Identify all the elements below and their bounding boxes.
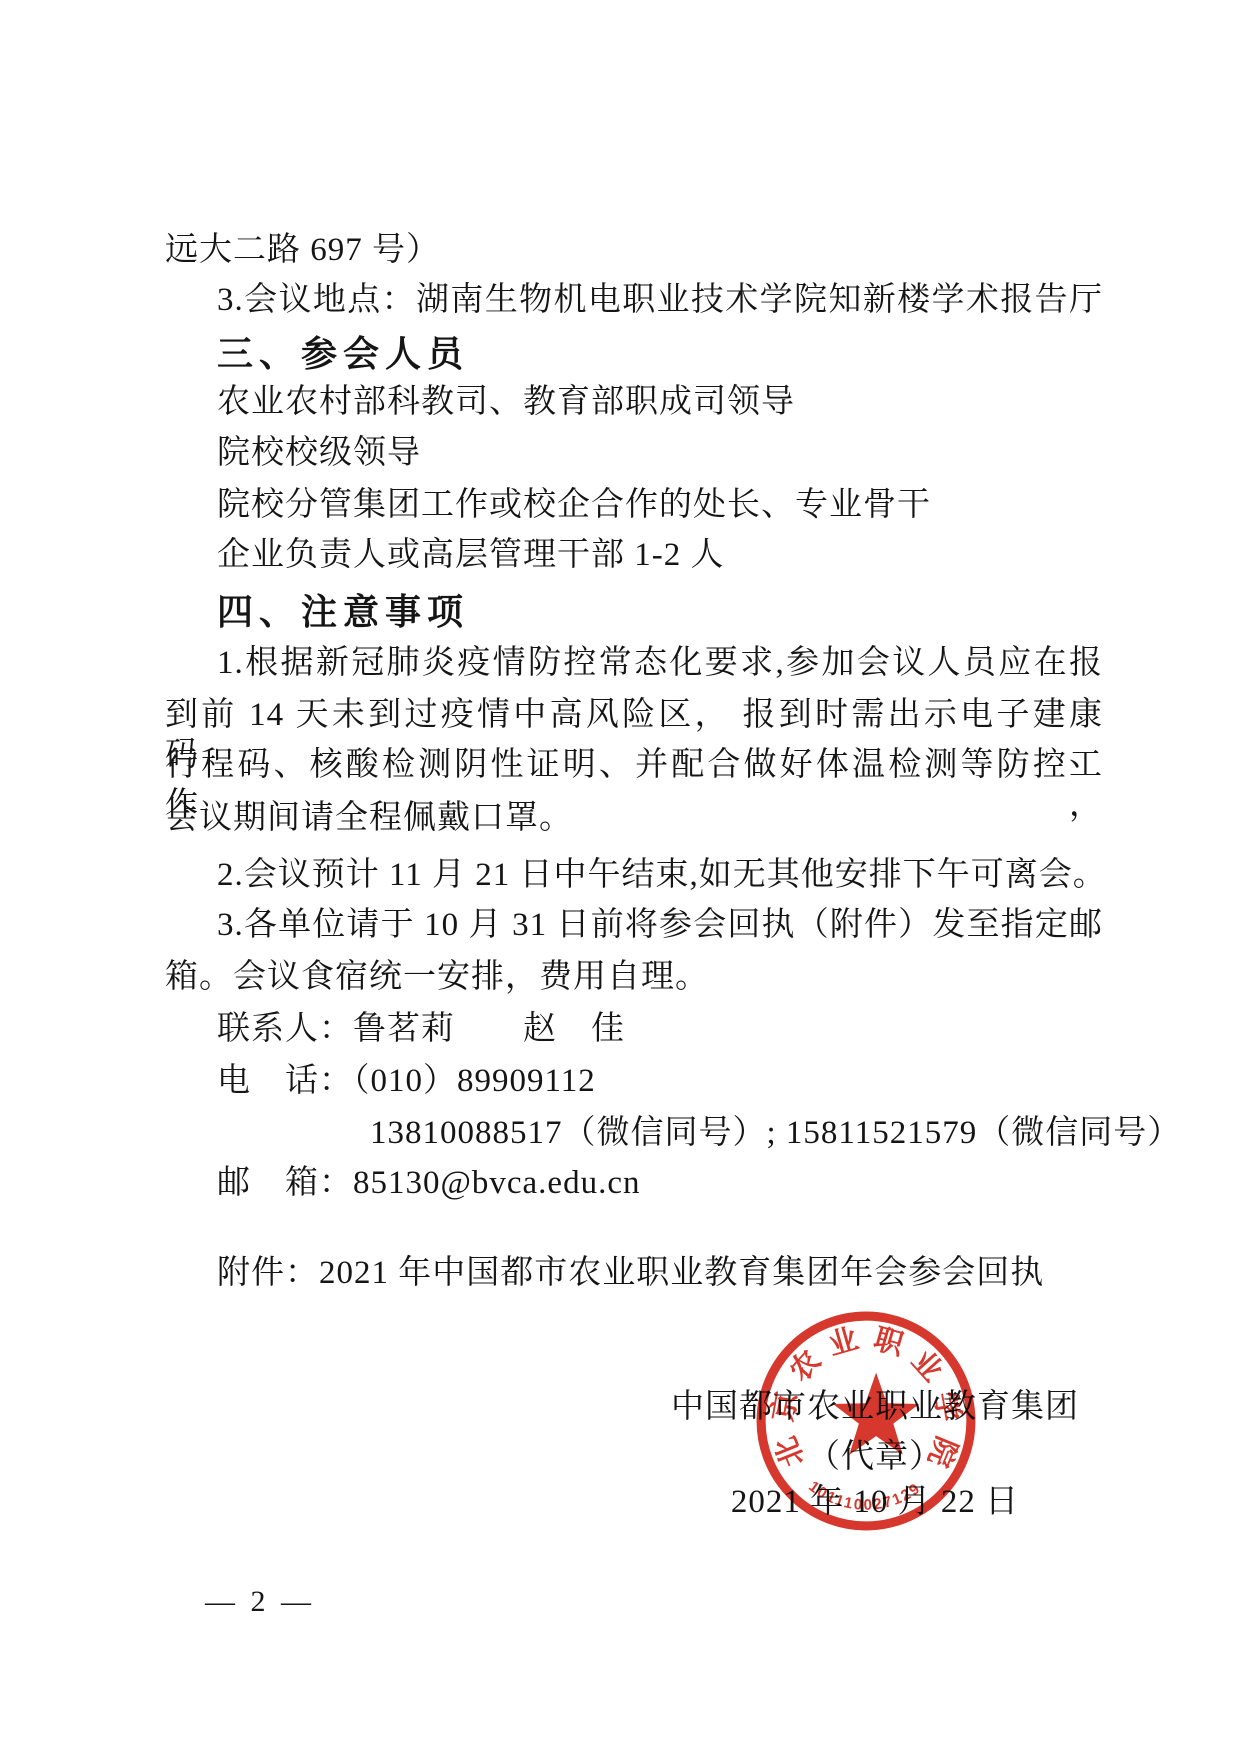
seal-serial: 101110027129 [805,1478,924,1514]
seal-ring-char: 学 [928,1389,966,1424]
line-attendee-ministry: 农业农村部科教司、教育部职成司领导 [165,382,1103,422]
document-page: 远大二路 697 号） 3.会议地点：湖南生物机电职业技术学院知新楼学术报告厅 … [0,0,1241,1754]
line-phone: 电 话：（010）89909112 [165,1061,1103,1101]
line-note1-part4: 会议期间请全程佩戴口罩。 [165,798,1103,838]
line-email: 邮 箱：85130@bvca.edu.cn [165,1163,1103,1203]
line-attendee-college-leaders: 院校校级领导 [165,433,1103,473]
line-address-continuation: 远大二路 697 号） [165,230,1103,270]
seal-ring-char: 京 [765,1389,804,1424]
seal-ring-char: 职 [870,1322,908,1362]
heading-notes: 四、注意事项 [165,590,1103,634]
seal-ring-char: 业 [825,1322,862,1362]
line-note3-part1: 3.各单位请于 10 月 31 日前将参会回执（附件）发至指定邮 [165,905,1103,945]
line-attachment: 附件：2021 年中国都市农业职业教育集团年会参会回执 [165,1253,1103,1293]
line-attendee-directors: 院校分管集团工作或校企合作的处长、专业骨干 [165,485,1103,525]
seal-ring-char: 北 [770,1432,811,1471]
line-note3-part2: 箱。会议食宿统一安排，费用自理。 [165,957,1103,997]
official-seal: 北 京 农 业 职 业 学 院 101110027129 [750,1305,982,1537]
line-note2: 2.会议预计 11 月 21 日中午结束,如无其他安排下午可离会。 [165,855,1103,895]
page-number: — 2 — [205,1584,315,1620]
line-attendee-enterprise: 企业负责人或高层管理干部 1-2 人 [165,535,1103,575]
line-meeting-venue: 3.会议地点：湖南生物机电职业技术学院知新楼学术报告厅 [165,280,1103,320]
seal-star-icon [833,1373,919,1455]
line-contact-person: 联系人：鲁茗莉 赵 佳 [165,1009,1103,1049]
line-note1-part1: 1.根据新冠肺炎疫情防控常态化要求,参加会议人员应在报 [165,643,1103,683]
heading-attendees: 三、参会人员 [165,332,1103,376]
line-phone-2: 13810088517（微信同号）; 15811521579（微信同号） [165,1113,1103,1153]
